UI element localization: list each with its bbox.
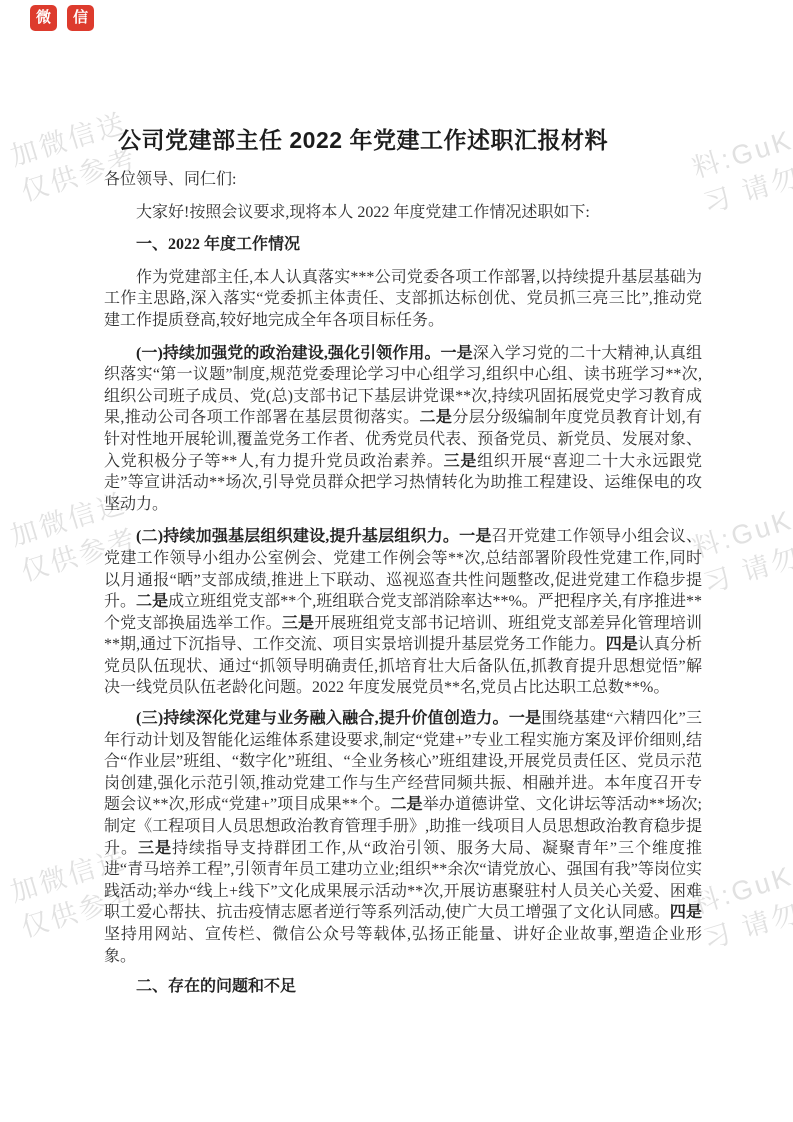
document-page: 加微信送 仅供参考 料:GuKai资 习 请勿抄袭 加微信送 仅供参考 料:Gu… bbox=[0, 0, 793, 1122]
watermark-right-3: 料:GuKai资 习 请勿抄袭 bbox=[688, 824, 793, 959]
paragraph-political-building: (一)持续加强党的政治建设,强化引领作用。一是深入学习党的二十大精神,认真组织落… bbox=[104, 343, 702, 516]
watermark-text: 习 请勿抄袭 bbox=[699, 503, 793, 603]
watermark-text: 习 请勿抄袭 bbox=[699, 859, 793, 959]
corner-icons: 微 信 bbox=[30, 5, 94, 31]
run: 一是 bbox=[459, 528, 491, 545]
red-wechat-icon: 微 bbox=[30, 5, 57, 31]
run: 持续指导支持群团工作,从“政治引领、服务大局、凝聚青年”三个维度推进“青马培养工… bbox=[104, 840, 702, 922]
watermark-text: 料:GuKai资 bbox=[688, 824, 793, 924]
run: (三)持续深化党建与业务融入融合,提升价值创造力。 bbox=[136, 710, 509, 727]
run: 一是 bbox=[509, 710, 542, 727]
section1-heading: 一、2022 年度工作情况 bbox=[104, 234, 702, 256]
run: 坚持用网站、宣传栏、微信公众号等载体,弘扬正能量、讲好企业故事,塑造企业形象。 bbox=[104, 926, 702, 965]
run: 三是 bbox=[282, 615, 314, 632]
run: 三是 bbox=[138, 840, 172, 857]
run: 一是 bbox=[441, 345, 473, 362]
intro-paragraph: 大家好!按照会议要求,现将本人 2022 年度党建工作情况述职如下: bbox=[104, 202, 702, 224]
document-title: 公司党建部主任 2022 年党建工作述职汇报材料 bbox=[118, 124, 702, 156]
red-wechat-icon: 信 bbox=[67, 5, 94, 31]
overview-paragraph: 作为党建部主任,本人认真落实***公司党委各项工作部署,以持续提升基层基础为工作… bbox=[104, 267, 702, 332]
document-content: 公司党建部主任 2022 年党建工作述职汇报材料 各位领导、同仁们: 大家好!按… bbox=[104, 0, 702, 1009]
run: (二)持续加强基层组织建设,提升基层组织力。 bbox=[136, 528, 459, 545]
run: 二是 bbox=[136, 593, 168, 610]
watermark-right-1: 料:GuKai资 习 请勿抄袭 bbox=[688, 88, 793, 223]
watermark-text: 习 请勿抄袭 bbox=[699, 123, 793, 223]
paragraph-party-business-integration: (三)持续深化党建与业务融入融合,提升价值创造力。一是围绕基建“六精四化”三年行… bbox=[104, 708, 702, 967]
watermark-right-2: 料:GuKai资 习 请勿抄袭 bbox=[688, 468, 793, 603]
run: 二是 bbox=[390, 796, 422, 813]
watermark-text: 料:GuKai资 bbox=[688, 88, 793, 188]
run: 二是 bbox=[420, 409, 453, 426]
run: 三是 bbox=[444, 453, 478, 470]
paragraph-grassroots-organization: (二)持续加强基层组织建设,提升基层组织力。一是召开党建工作领导小组会议、党建工… bbox=[104, 526, 702, 699]
watermark-text: 料:GuKai资 bbox=[688, 468, 793, 568]
run: 四是 bbox=[670, 904, 702, 921]
section2-heading: 二、存在的问题和不足 bbox=[104, 976, 702, 998]
run: 四是 bbox=[606, 636, 638, 653]
salutation: 各位领导、同仁们: bbox=[104, 169, 702, 191]
run: (一)持续加强党的政治建设,强化引领作用。 bbox=[136, 345, 441, 362]
